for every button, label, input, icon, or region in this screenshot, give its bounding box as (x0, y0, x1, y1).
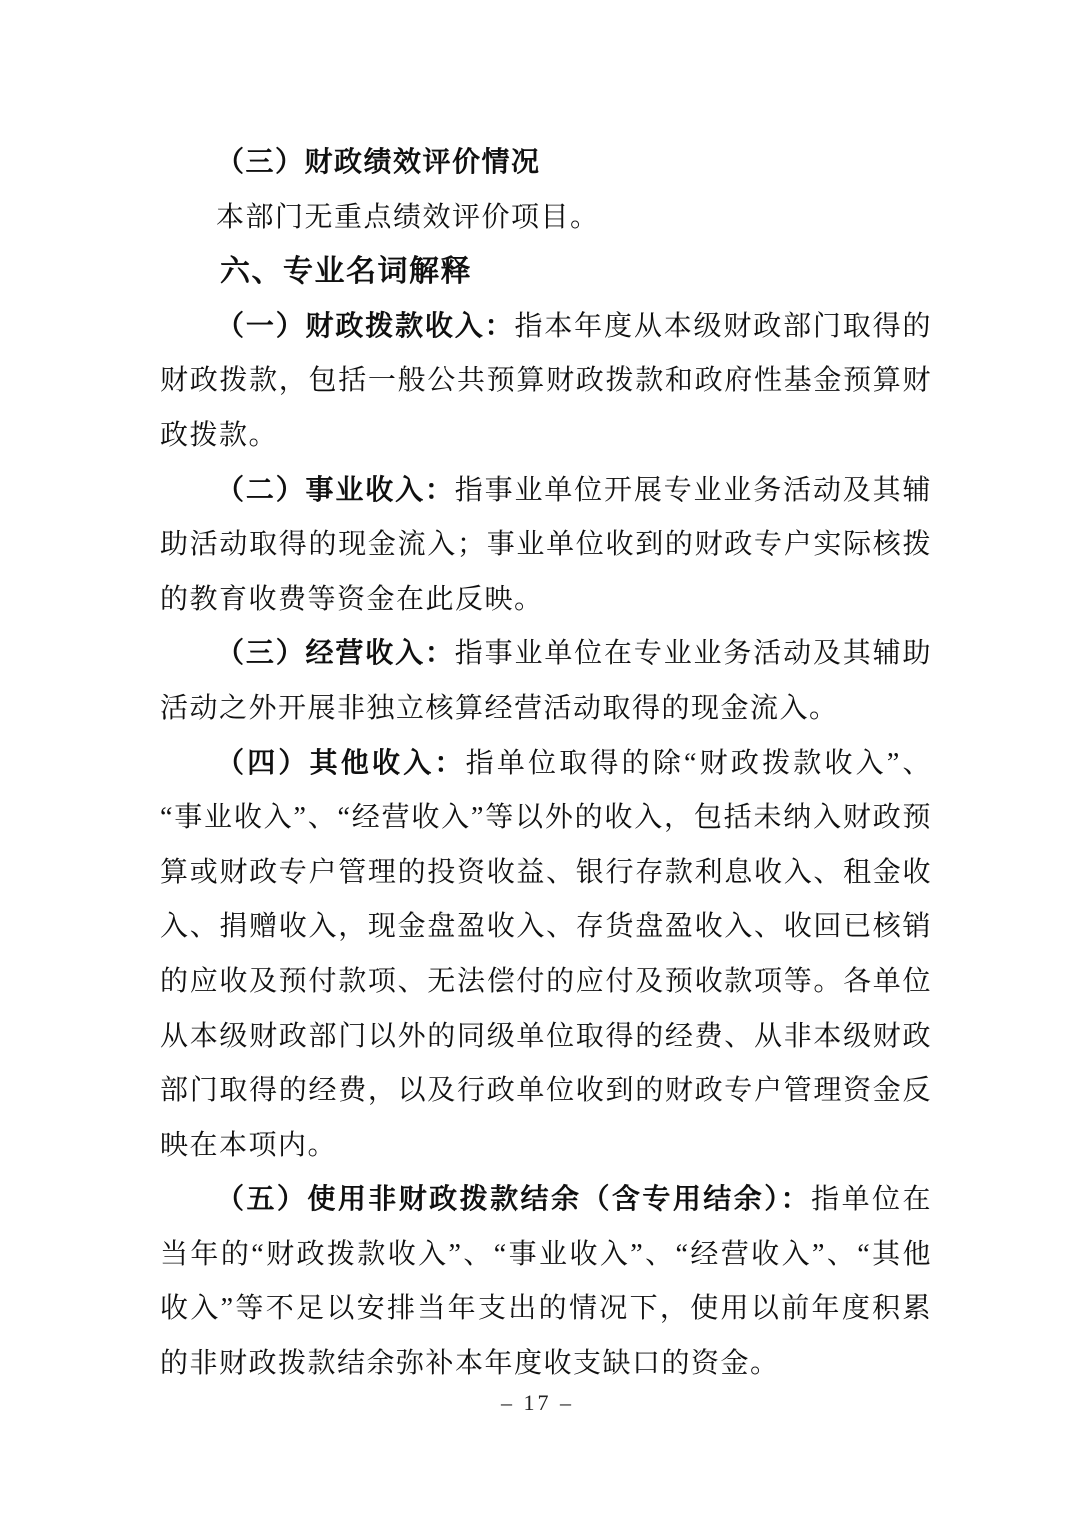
paragraph-performance-evaluation: 本部门无重点绩效评价项目。 (160, 191, 932, 246)
glossary-term: （五）使用非财政拨款结余（含专用结余）： (216, 1184, 811, 1215)
page-number: – 17 – (0, 1390, 1075, 1416)
glossary-term: （一）财政拨款收入： (216, 311, 514, 342)
glossary-entry-business-income: （二）事业收入：指事业单位开展专业业务活动及其辅助活动取得的现金流入；事业单位收… (160, 464, 932, 628)
glossary-entry-other-income: （四）其他收入：指单位取得的除“财政拨款收入”、“事业收入”、“经营收入”等以外… (160, 737, 932, 1174)
glossary-term: （四）其他收入： (216, 748, 466, 779)
glossary-entry-non-fiscal-balance: （五）使用非财政拨款结余（含专用结余）：指单位在当年的“财政拨款收入”、“事业收… (160, 1173, 932, 1391)
glossary-term: （二）事业收入： (216, 475, 455, 506)
page-content: （三）财政绩效评价情况 本部门无重点绩效评价项目。 六、专业名词解释 （一）财政… (160, 136, 932, 1392)
heading-performance-evaluation: （三）财政绩效评价情况 (160, 136, 932, 191)
heading-glossary: 六、专业名词解释 (160, 245, 932, 300)
glossary-entry-fiscal-appropriation-income: （一）财政拨款收入：指本年度从本级财政部门取得的财政拨款，包括一般公共预算财政拨… (160, 300, 932, 464)
glossary-term: （三）经营收入： (216, 638, 455, 669)
document-page: （三）财政绩效评价情况 本部门无重点绩效评价项目。 六、专业名词解释 （一）财政… (0, 0, 1075, 1520)
glossary-entry-operating-income: （三）经营收入：指事业单位在专业业务活动及其辅助活动之外开展非独立核算经营活动取… (160, 627, 932, 736)
glossary-definition: 指单位取得的除“财政拨款收入”、“事业收入”、“经营收入”等以外的收入，包括未纳… (160, 748, 932, 1161)
